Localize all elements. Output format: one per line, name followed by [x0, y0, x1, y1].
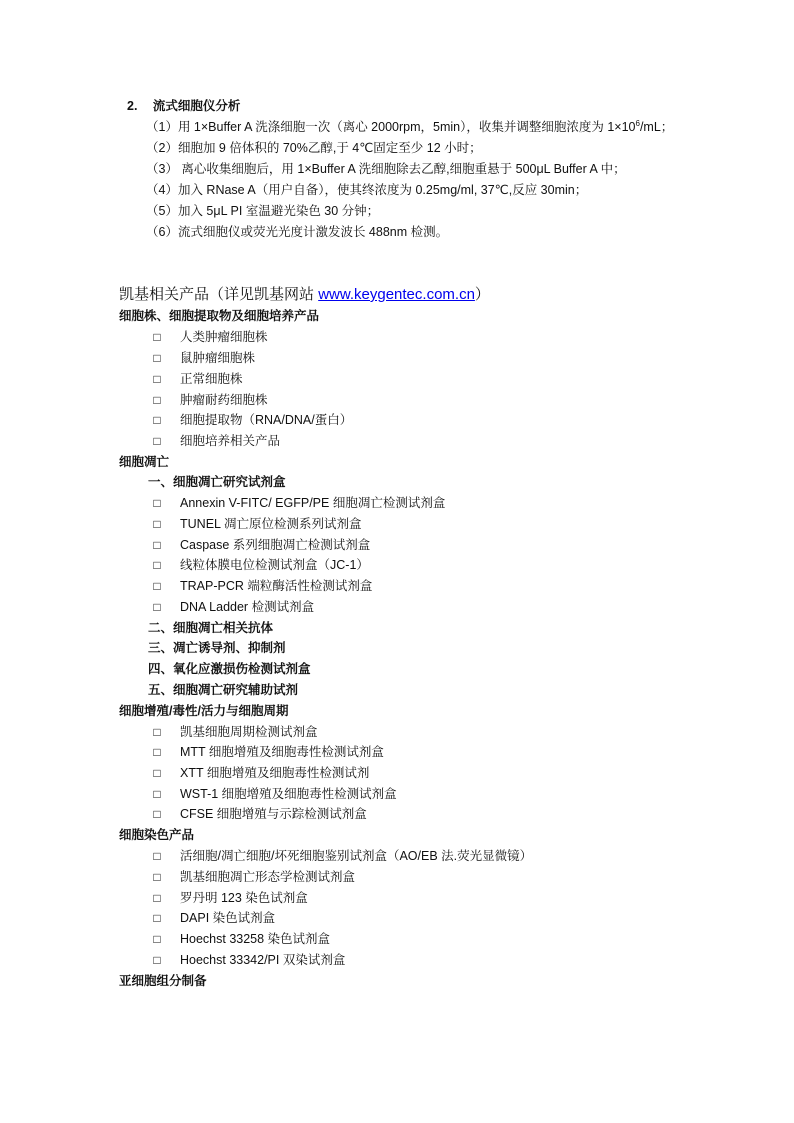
checkbox-icon: □	[152, 329, 162, 345]
step-prefix: （5）	[146, 204, 178, 218]
list-item: □MTT 细胞增殖及细胞毒性检测试剂盒	[152, 744, 384, 760]
checkbox-icon: □	[152, 848, 162, 864]
item-label: Hoechst 33342/PI 双染试剂盒	[180, 953, 345, 967]
item-label: TRAP-PCR 端粒酶活性检测试剂盒	[180, 579, 372, 593]
checkbox-icon: □	[152, 869, 162, 885]
step-prefix: （3）	[146, 162, 178, 176]
related-paren-open: （详见凯基网站	[209, 286, 318, 303]
step-text: 加入 5μL PI 室温避光染色 30 分钟；	[178, 204, 379, 218]
subcategory-heading: 一、细胞凋亡研究试剂盒	[148, 474, 286, 490]
item-label: Caspase 系列细胞凋亡检测试剂盒	[180, 538, 370, 552]
checkbox-icon: □	[152, 724, 162, 740]
subcategory-heading: 四、氧化应激损伤检测试剂盒	[148, 661, 311, 677]
item-label: 正常细胞株	[180, 372, 243, 386]
item-label: XTT 细胞增殖及细胞毒性检测试剂	[180, 766, 369, 780]
checkbox-icon: □	[152, 371, 162, 387]
item-label: 凯基细胞周期检测试剂盒	[180, 725, 318, 739]
list-item: □Hoechst 33258 染色试剂盒	[152, 931, 330, 947]
step-text: 离心收集细胞后，用 1×Buffer A 洗细胞除去乙醇,细胞重悬于 500μL…	[178, 162, 626, 176]
step-2: （2）细胞加 9 倍体积的 70%乙醇,于 4℃固定至少 12 小时；	[146, 140, 482, 156]
category-heading: 细胞染色产品	[119, 827, 194, 843]
category-heading: 细胞株、细胞提取物及细胞培养产品	[119, 308, 319, 324]
item-label: WST-1 细胞增殖及细胞毒性检测试剂盒	[180, 787, 397, 801]
checkbox-icon: □	[152, 786, 162, 802]
item-label: 细胞提取物（RNA/DNA/蛋白）	[180, 413, 352, 427]
list-item: □线粒体膜电位检测试剂盒（JC-1）	[152, 557, 369, 573]
item-label: Annexin V-FITC/ EGFP/PE 细胞凋亡检测试剂盒	[180, 496, 445, 510]
list-item: □Hoechst 33342/PI 双染试剂盒	[152, 952, 345, 968]
related-title-text: 凯基相关产品	[119, 286, 209, 303]
category-heading: 细胞增殖/毒性/活力与细胞周期	[119, 703, 288, 719]
step-4: （4）加入 RNase A（用户自备），使其终浓度为 0.25mg/ml, 37…	[146, 182, 587, 198]
checkbox-icon: □	[152, 578, 162, 594]
section-title: 流式细胞仪分析	[153, 99, 241, 113]
item-label: 罗丹明 123 染色试剂盒	[180, 891, 308, 905]
section-number: 2.	[127, 99, 137, 113]
step-1: （1）用 1×Buffer A 洗涤细胞一次（离心 2000rpm，5min），…	[146, 119, 673, 135]
list-item: □凯基细胞凋亡形态学检测试剂盒	[152, 869, 355, 885]
checkbox-icon: □	[152, 433, 162, 449]
list-item: □CFSE 细胞增殖与示踪检测试剂盒	[152, 806, 367, 822]
list-item: □正常细胞株	[152, 371, 243, 387]
list-item: □WST-1 细胞增殖及细胞毒性检测试剂盒	[152, 786, 397, 802]
step-6: （6）流式细胞仪或荧光光度计激发波长 488nm 检测。	[146, 224, 448, 240]
checkbox-icon: □	[152, 412, 162, 428]
step-prefix: （1）	[146, 120, 178, 134]
list-item: □TUNEL 凋亡原位检测系列试剂盒	[152, 516, 362, 532]
item-label: DAPI 染色试剂盒	[180, 911, 275, 925]
category-heading: 亚细胞组分制备	[119, 973, 207, 989]
item-label: MTT 细胞增殖及细胞毒性检测试剂盒	[180, 745, 384, 759]
list-item: □XTT 细胞增殖及细胞毒性检测试剂	[152, 765, 369, 781]
checkbox-icon: □	[152, 744, 162, 760]
subcategory-heading: 三、凋亡诱导剂、抑制剂	[148, 640, 286, 656]
section-heading: 2. 流式细胞仪分析	[127, 98, 240, 114]
item-label: TUNEL 凋亡原位检测系列试剂盒	[180, 517, 362, 531]
checkbox-icon: □	[152, 952, 162, 968]
item-label: 凯基细胞凋亡形态学检测试剂盒	[180, 870, 355, 884]
checkbox-icon: □	[152, 392, 162, 408]
step-prefix: （4）	[146, 183, 178, 197]
list-item: □DNA Ladder 检测试剂盒	[152, 599, 314, 615]
list-item: □罗丹明 123 染色试剂盒	[152, 890, 308, 906]
checkbox-icon: □	[152, 910, 162, 926]
checkbox-icon: □	[152, 890, 162, 906]
list-item: □Caspase 系列细胞凋亡检测试剂盒	[152, 537, 370, 553]
step-text: 加入 RNase A（用户自备），使其终浓度为 0.25mg/ml, 37℃,反…	[178, 183, 587, 197]
checkbox-icon: □	[152, 495, 162, 511]
list-item: □细胞培养相关产品	[152, 433, 280, 449]
related-products-title: 凯基相关产品（详见凯基网站 www.keygentec.com.cn）	[119, 285, 490, 305]
checkbox-icon: □	[152, 516, 162, 532]
step-prefix: （6）	[146, 225, 178, 239]
checkbox-icon: □	[152, 557, 162, 573]
checkbox-icon: □	[152, 806, 162, 822]
step-5: （5）加入 5μL PI 室温避光染色 30 分钟；	[146, 203, 379, 219]
website-link[interactable]: www.keygentec.com.cn	[318, 286, 475, 303]
step-text: 流式细胞仪或荧光光度计激发波长 488nm 检测。	[178, 225, 448, 239]
subcategory-heading: 五、细胞凋亡研究辅助试剂	[148, 682, 298, 698]
checkbox-icon: □	[152, 350, 162, 366]
item-label: CFSE 细胞增殖与示踪检测试剂盒	[180, 807, 367, 821]
item-label: 鼠肿瘤细胞株	[180, 351, 255, 365]
list-item: □细胞提取物（RNA/DNA/蛋白）	[152, 412, 352, 428]
step-3: （3） 离心收集细胞后，用 1×Buffer A 洗细胞除去乙醇,细胞重悬于 5…	[146, 161, 626, 177]
item-label: Hoechst 33258 染色试剂盒	[180, 932, 330, 946]
step-prefix: （2）	[146, 141, 178, 155]
step-text: 用 1×Buffer A 洗涤细胞一次（离心 2000rpm，5min），收集并…	[178, 120, 636, 134]
list-item: □鼠肿瘤细胞株	[152, 350, 255, 366]
checkbox-icon: □	[152, 537, 162, 553]
step-text: 细胞加 9 倍体积的 70%乙醇,于 4℃固定至少 12 小时；	[178, 141, 482, 155]
item-label: 人类肿瘤细胞株	[180, 330, 268, 344]
related-paren-close: ）	[475, 286, 490, 303]
list-item: □DAPI 染色试剂盒	[152, 910, 275, 926]
item-label: 细胞培养相关产品	[180, 434, 280, 448]
subcategory-heading: 二、细胞凋亡相关抗体	[148, 620, 273, 636]
list-item: □凯基细胞周期检测试剂盒	[152, 724, 318, 740]
list-item: □TRAP-PCR 端粒酶活性检测试剂盒	[152, 578, 372, 594]
checkbox-icon: □	[152, 765, 162, 781]
list-item: □人类肿瘤细胞株	[152, 329, 268, 345]
category-heading: 细胞凋亡	[119, 454, 169, 470]
step-text-end: /mL；	[640, 120, 673, 134]
list-item: □肿瘤耐药细胞株	[152, 392, 268, 408]
item-label: 活细胞/凋亡细胞/坏死细胞鉴别试剂盒（AO/EB 法.荧光显微镜）	[180, 849, 532, 863]
checkbox-icon: □	[152, 931, 162, 947]
list-item: □Annexin V-FITC/ EGFP/PE 细胞凋亡检测试剂盒	[152, 495, 445, 511]
item-label: 线粒体膜电位检测试剂盒（JC-1）	[180, 558, 369, 572]
list-item: □活细胞/凋亡细胞/坏死细胞鉴别试剂盒（AO/EB 法.荧光显微镜）	[152, 848, 532, 864]
item-label: 肿瘤耐药细胞株	[180, 393, 268, 407]
checkbox-icon: □	[152, 599, 162, 615]
item-label: DNA Ladder 检测试剂盒	[180, 600, 314, 614]
